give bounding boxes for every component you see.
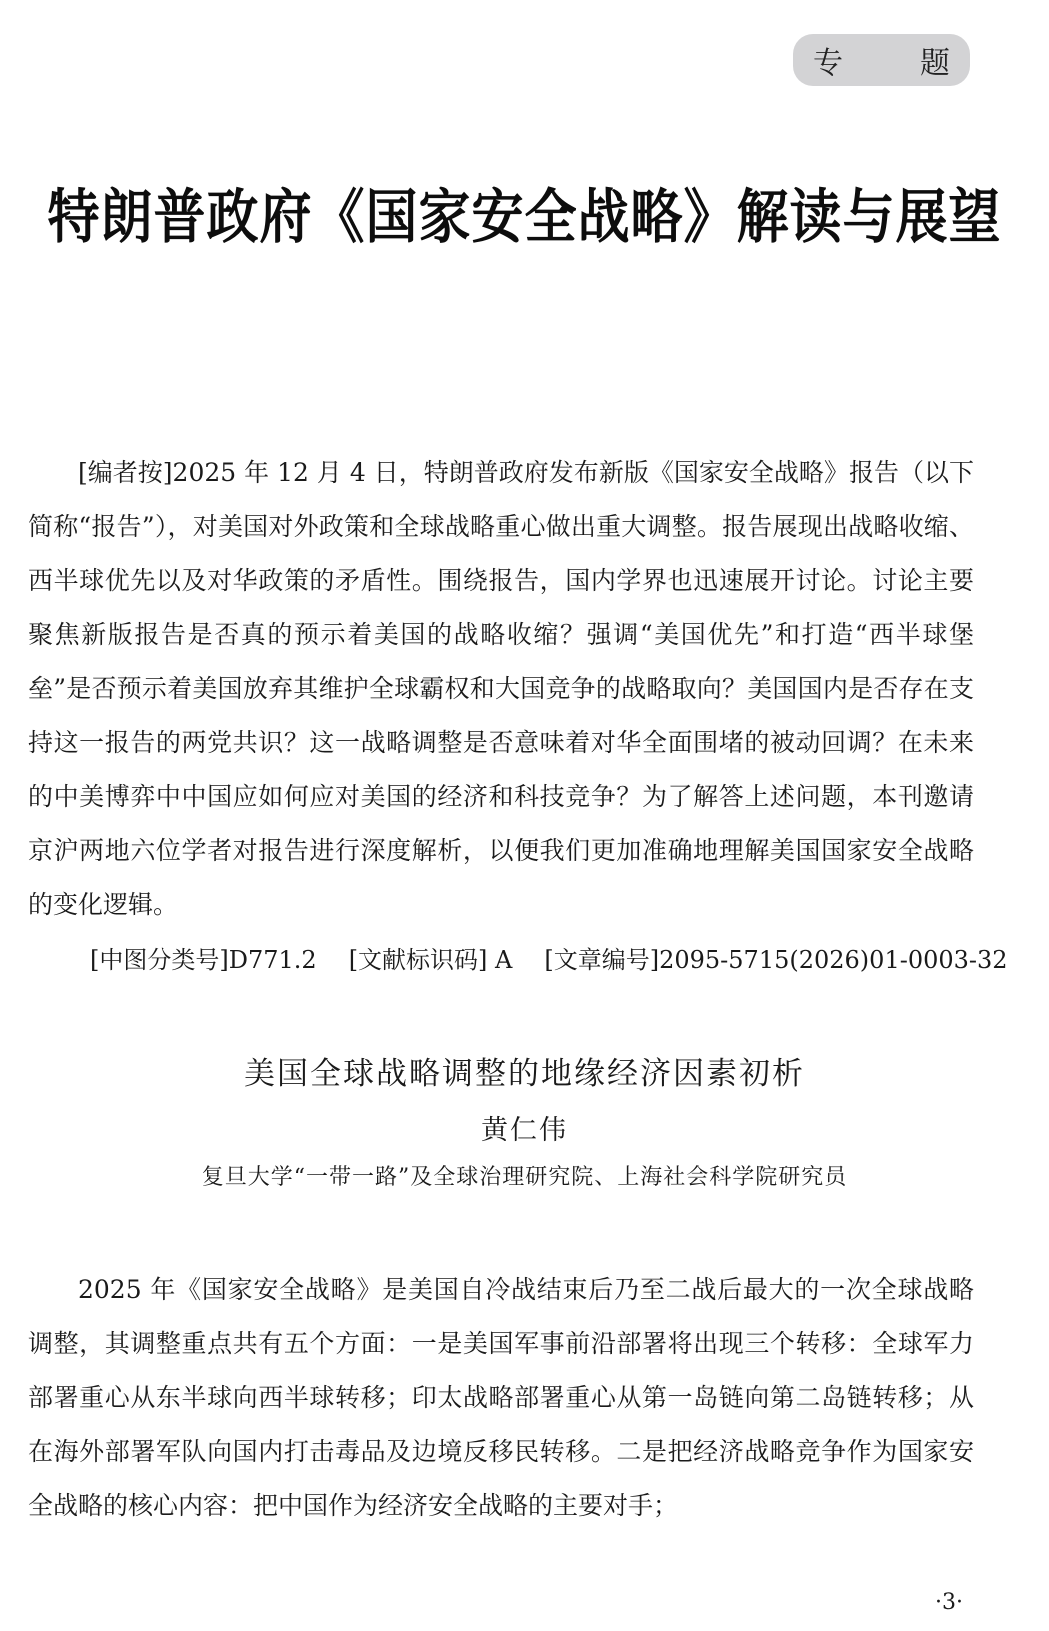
author-affiliation: 复旦大学“一带一路”及全球治理研究院、上海社会科学院研究员 <box>0 1160 1049 1191</box>
page-title: 特朗普政府《国家安全战略》解读与展望 <box>0 170 1049 254</box>
editor-note: [编者按]2025 年 12 月 4 日，特朗普政府发布新版《国家安全战略》报告… <box>28 446 974 932</box>
editor-note-text: [编者按]2025 年 12 月 4 日，特朗普政府发布新版《国家安全战略》报告… <box>28 446 974 932</box>
page-number: ·3· <box>935 1590 963 1615</box>
author-name: 黄仁伟 <box>0 1108 1049 1147</box>
section-tag-left: 专 <box>813 38 843 82</box>
article-title: 美国全球战略调整的地缘经济因素初析 <box>0 1048 1049 1093</box>
article-paragraph: 2025 年《国家安全战略》是美国自冷战结束后乃至二战后最大的一次全球战略调整，… <box>28 1263 974 1533</box>
section-tag-right: 题 <box>920 38 950 82</box>
section-tag: 专 题 <box>793 34 970 86</box>
clc-number: [中图分类号]D771.2 <box>90 940 317 975</box>
classification-line: [中图分类号]D771.2 [文献标识码] A [文章编号]2095-5715(… <box>90 940 1008 975</box>
article-number: [文章编号]2095-5715(2026)01-0003-32 <box>544 940 1007 975</box>
document-code: [文献标识码] A <box>349 940 513 975</box>
article-body: 2025 年《国家安全战略》是美国自冷战结束后乃至二战后最大的一次全球战略调整，… <box>28 1263 974 1533</box>
